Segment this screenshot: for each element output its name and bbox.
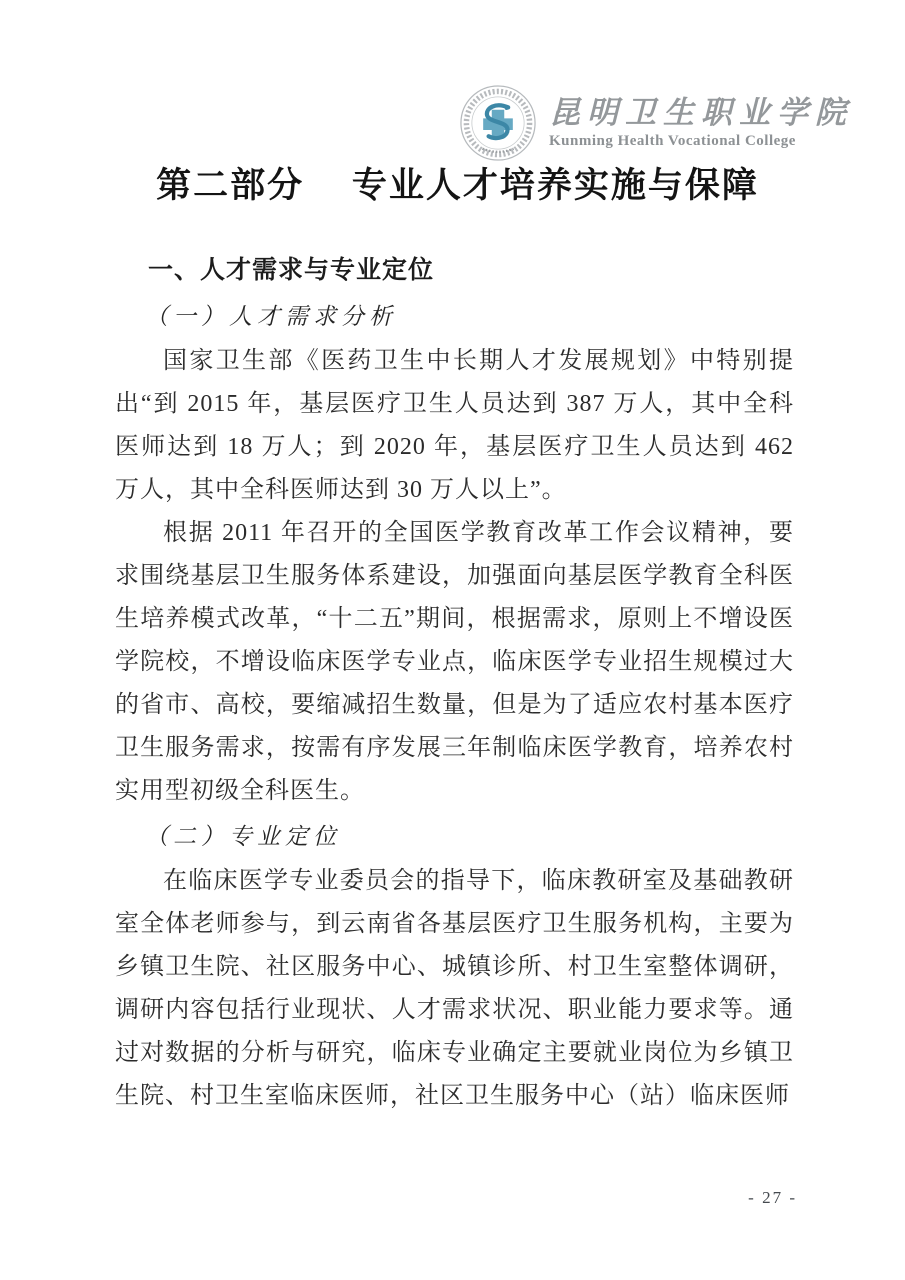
document-content: 一、人才需求与专业定位 （一）人才需求分析 国家卫生部《医药卫生中长期人才发展规… <box>115 247 794 1118</box>
paragraph-demand-2: 根据 2011 年召开的全国医学教育改革工作会议精神，要求围绕基层卫生服务体系建… <box>115 512 794 813</box>
college-name-english: Kunming Health Vocational College <box>549 131 853 151</box>
paragraph-demand-1: 国家卫生部《医药卫生中长期人才发展规划》中特别提出“到 2015 年，基层医疗卫… <box>115 340 794 512</box>
document-page: 昆明卫生职业学院 Kunming Health Vocational Colle… <box>0 0 905 1280</box>
subsection-1-heading: （一）人才需求分析 <box>145 293 794 340</box>
college-seal-icon <box>457 84 539 162</box>
college-logo: 昆明卫生职业学院 Kunming Health Vocational Colle… <box>457 84 853 162</box>
paragraph-positioning-1: 在临床医学专业委员会的指导下，临床教研室及基础教研室全体老师参与，到云南省各基层… <box>115 860 794 1118</box>
page-number: - 27 - <box>748 1188 797 1208</box>
page-title: 第二部分 专业人才培养实施与保障 <box>115 158 800 214</box>
college-logo-text: 昆明卫生职业学院 Kunming Health Vocational Colle… <box>549 95 853 151</box>
college-name-calligraphy: 昆明卫生职业学院 <box>549 95 853 131</box>
section-heading: 一、人才需求与专业定位 <box>148 247 794 293</box>
subsection-2-heading: （二）专业定位 <box>145 813 794 860</box>
